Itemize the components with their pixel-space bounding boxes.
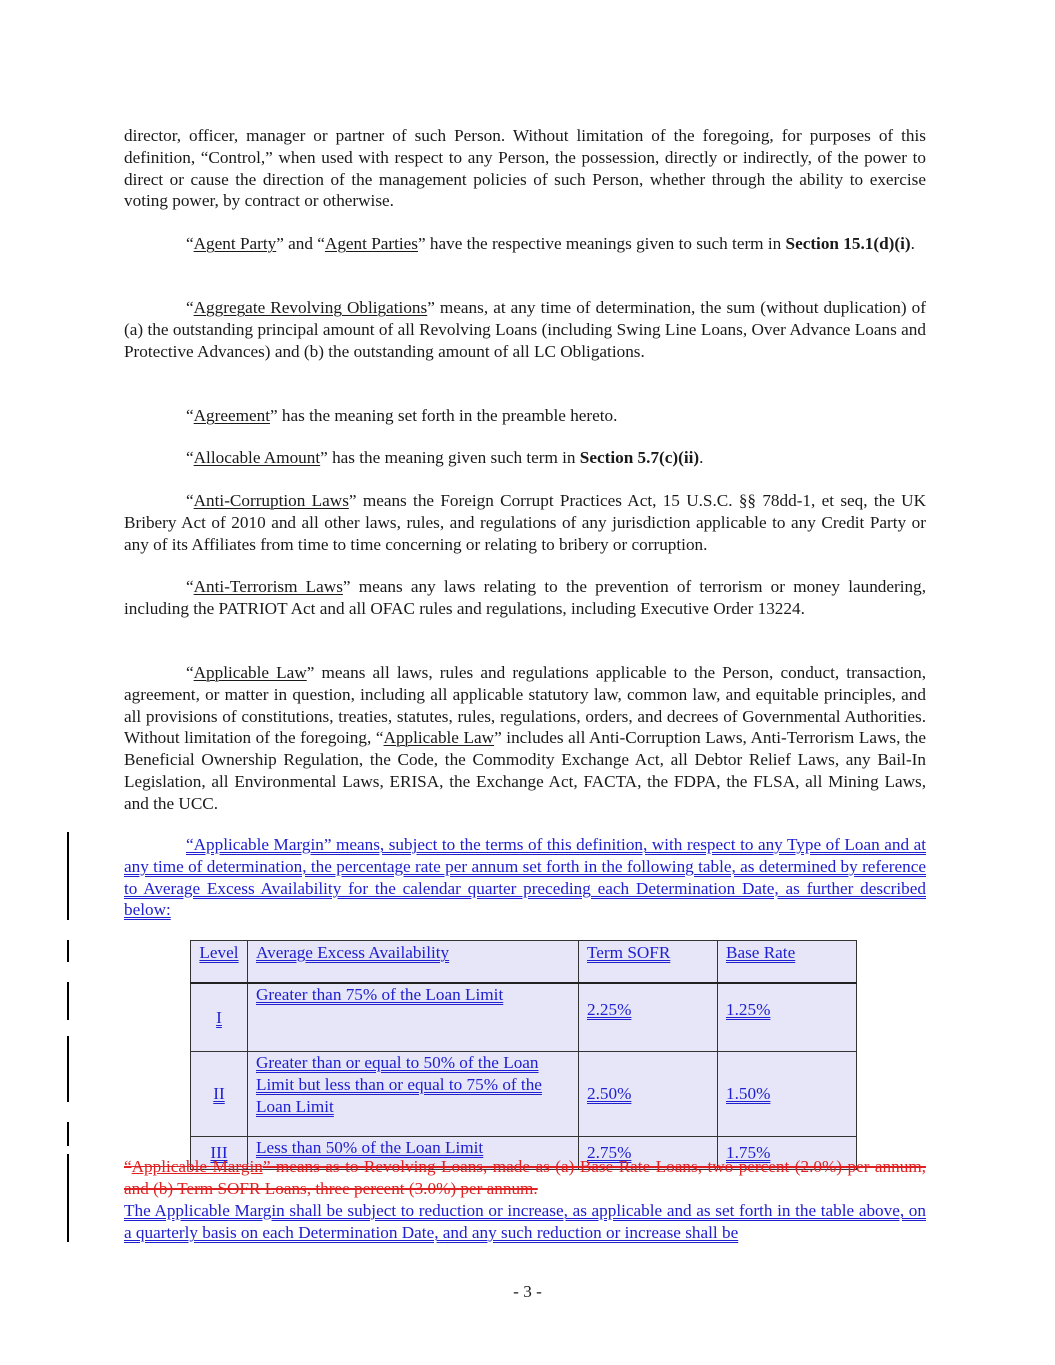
header-text: Base Rate: [726, 943, 795, 962]
header-availability: Average Excess Availability: [248, 941, 579, 984]
deleted-defined-term: Applicable Margin: [132, 1157, 263, 1176]
header-text: Level: [199, 943, 238, 962]
quote: “: [186, 406, 194, 425]
defined-term: Anti-Terrorism Laws: [194, 577, 343, 596]
definition-anti-corruption-laws: “Anti-Corruption Laws” means the Foreign…: [124, 490, 926, 555]
definition-applicable-margin-deleted: “Applicable Margin” means as to Revolvin…: [124, 1156, 926, 1200]
table-header-row: Level Average Excess Availability Term S…: [191, 941, 857, 984]
cell-term-sofr: 2.25%: [579, 983, 718, 1052]
definition-aggregate-revolving-obligations: “Aggregate Revolving Obligations” means,…: [124, 297, 926, 362]
cell-text: Greater than 75% of the Loan Limit: [256, 985, 503, 1004]
cell-availability: Greater than or equal to 50% of the Loan…: [248, 1052, 579, 1137]
header-text: Average Excess Availability: [256, 943, 449, 962]
defined-term: Aggregate Revolving Obligations: [194, 298, 428, 317]
text: ” and “: [276, 234, 325, 253]
document-page: director, officer, manager or partner of…: [0, 0, 1055, 1365]
quote: “: [186, 491, 194, 510]
cell-base-rate: 1.25%: [718, 983, 857, 1052]
definition-applicable-margin-inserted: “Applicable Margin” means, subject to th…: [124, 834, 926, 921]
cell-text: 2.25%: [587, 1000, 631, 1019]
change-bar: [67, 1154, 69, 1242]
page-number: - 3 -: [0, 1282, 1055, 1302]
defined-term-agent-parties: Agent Parties: [325, 234, 418, 253]
defined-term: Applicable Law: [194, 663, 307, 682]
cell-level: II: [191, 1052, 248, 1137]
quote: “: [186, 448, 194, 467]
header-level: Level: [191, 941, 248, 984]
section-reference: Section 5.7(c)(ii): [580, 448, 699, 467]
quote: “: [186, 577, 194, 596]
text: ” has the meaning set forth in the pream…: [270, 406, 617, 425]
change-bar: [67, 982, 69, 1020]
defined-term-agent-party: Agent Party: [194, 234, 277, 253]
cell-level: I: [191, 983, 248, 1052]
definition-anti-terrorism-laws: “Anti-Terrorism Laws” means any laws rel…: [124, 576, 926, 620]
header-base-rate: Base Rate: [718, 941, 857, 984]
table-row: II Greater than or equal to 50% of the L…: [191, 1052, 857, 1137]
table-row: I Greater than 75% of the Loan Limit 2.2…: [191, 983, 857, 1052]
cell-text: Greater than or equal to 50% of the Loan…: [256, 1053, 542, 1116]
deleted-text: “: [124, 1157, 132, 1176]
cell-availability: Greater than 75% of the Loan Limit: [248, 983, 579, 1052]
change-bar: [67, 1122, 69, 1146]
change-bar: [67, 1036, 69, 1102]
quote: “: [186, 298, 194, 317]
text: ” have the respective meanings given to …: [418, 234, 786, 253]
cell-text: Less than 50% of the Loan Limit: [256, 1138, 483, 1157]
cell-base-rate: 1.50%: [718, 1052, 857, 1137]
text: ” has the meaning given such term in: [320, 448, 580, 467]
inserted-text: “Applicable Margin” means, subject to th…: [124, 835, 926, 919]
section-reference: Section 15.1(d)(i): [786, 234, 911, 253]
definition-applicable-law: “Applicable Law” means all laws, rules a…: [124, 662, 926, 815]
defined-term: Anti-Corruption Laws: [194, 491, 349, 510]
header-term-sofr: Term SOFR: [579, 941, 718, 984]
text: .: [699, 448, 703, 467]
text: .: [911, 234, 915, 253]
cell-text: 1.25%: [726, 1000, 770, 1019]
cell-text: I: [216, 1008, 222, 1027]
cell-text: 1.50%: [726, 1084, 770, 1103]
inserted-text: The Applicable Margin shall be subject t…: [124, 1201, 926, 1242]
quote: “: [186, 234, 194, 253]
cell-term-sofr: 2.50%: [579, 1052, 718, 1137]
quote: “: [186, 663, 194, 682]
cell-text: II: [213, 1084, 224, 1103]
definition-agent-party: “Agent Party” and “Agent Parties” have t…: [124, 233, 926, 255]
defined-term: Applicable Law: [384, 728, 495, 747]
cell-text: 2.50%: [587, 1084, 631, 1103]
definition-agreement: “Agreement” has the meaning set forth in…: [124, 405, 926, 427]
definition-allocable-amount: “Allocable Amount” has the meaning given…: [124, 447, 926, 469]
change-bar: [67, 940, 69, 962]
change-bar: [67, 832, 69, 920]
applicable-margin-adjustment-inserted: The Applicable Margin shall be subject t…: [124, 1200, 926, 1244]
applicable-margin-table: Level Average Excess Availability Term S…: [190, 940, 857, 1170]
header-text: Term SOFR: [587, 943, 670, 962]
defined-term: Agreement: [194, 406, 270, 425]
paragraph-control-continuation: director, officer, manager or partner of…: [124, 125, 926, 212]
defined-term: Allocable Amount: [194, 448, 321, 467]
